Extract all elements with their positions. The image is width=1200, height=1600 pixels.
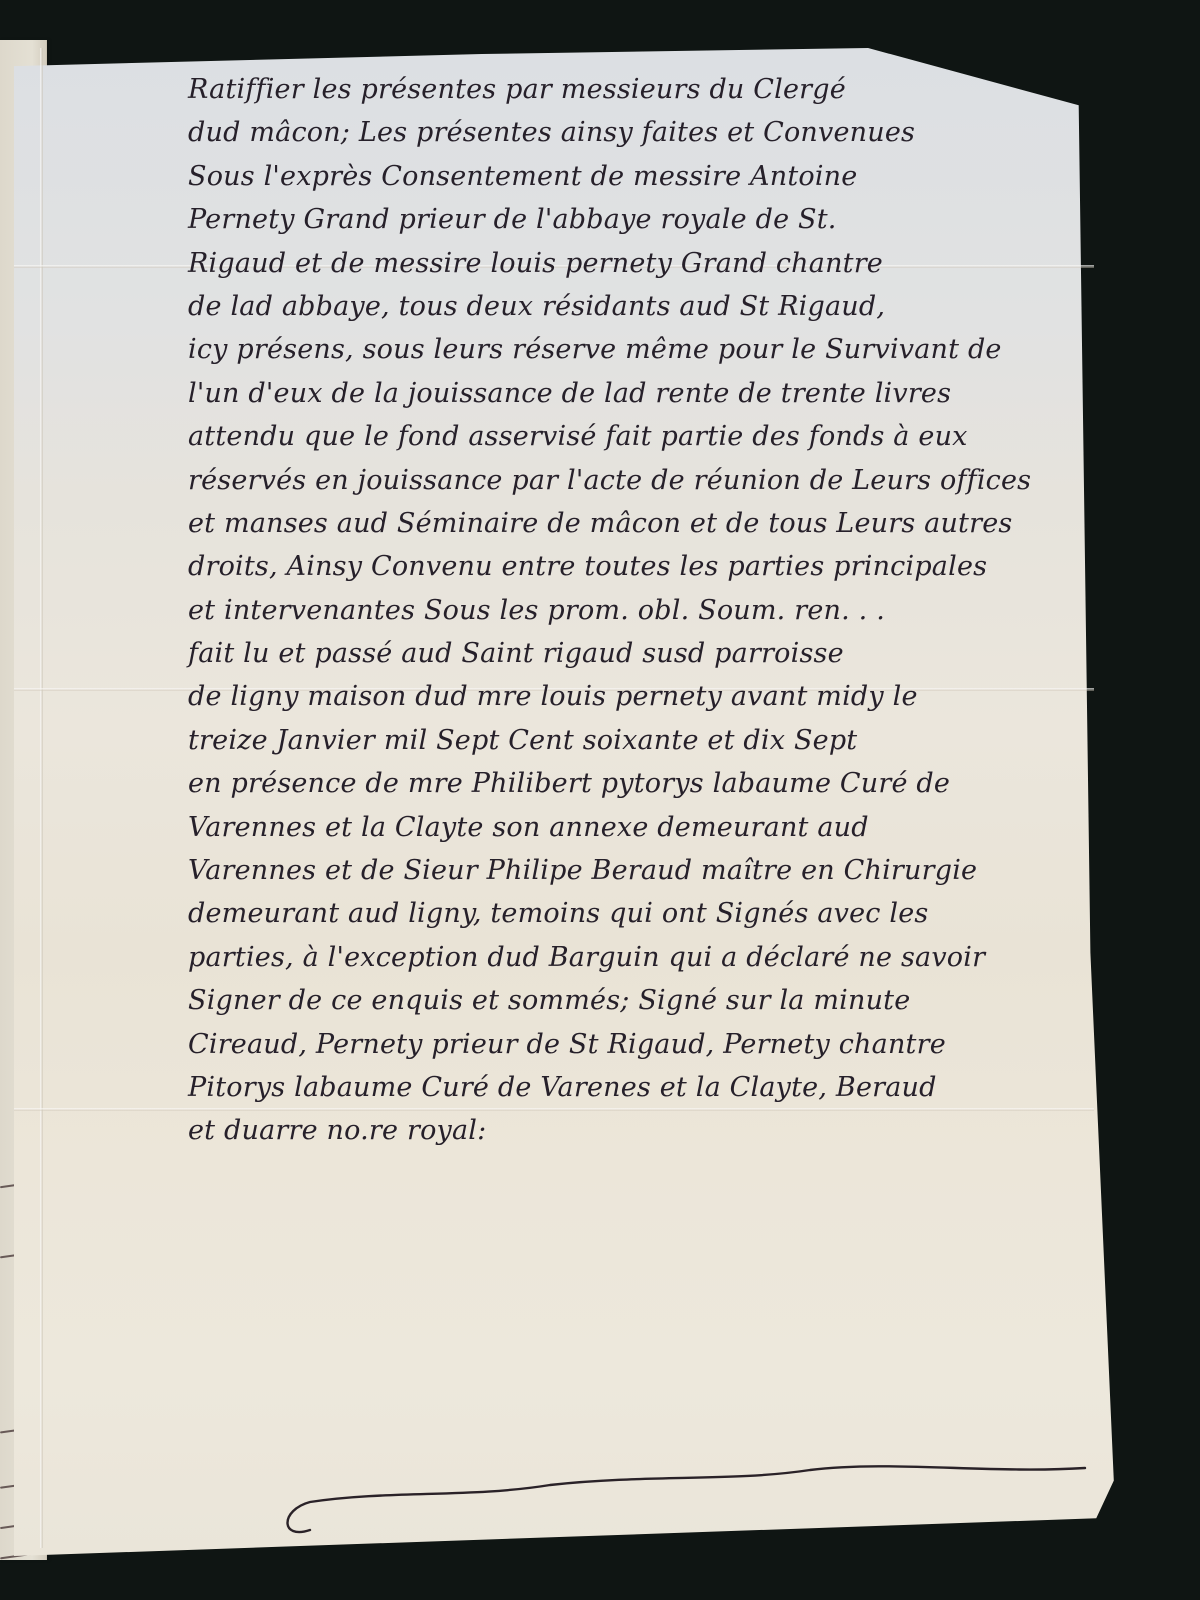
photo-stage: Ratiffier les présentes par messieurs du…: [0, 0, 1200, 1600]
manuscript-line: demeurant aud ligny, temoins qui ont Sig…: [188, 892, 1088, 935]
manuscript-line: de lad abbaye, tous deux résidants aud S…: [188, 285, 1088, 328]
manuscript-line: Ratiffier les présentes par messieurs du…: [188, 68, 1088, 111]
manuscript-line: et intervenantes Sous les prom. obl. Sou…: [188, 589, 1088, 632]
manuscript-line: en présence de mre Philibert pytorys lab…: [188, 762, 1088, 805]
manuscript-line: parties, à l'exception dud Barguin qui a…: [188, 936, 1088, 979]
manuscript-line: icy présens, sous leurs réserve même pou…: [188, 328, 1088, 371]
closing-flourish-icon: [270, 1440, 1090, 1540]
manuscript-line: de ligny maison dud mre louis pernety av…: [188, 675, 1088, 718]
manuscript-line: l'un d'eux de la jouissance de lad rente…: [188, 372, 1088, 415]
manuscript-line: et manses aud Séminaire de mâcon et de t…: [188, 502, 1088, 545]
manuscript-line: attendu que le fond asservisé fait parti…: [188, 415, 1088, 458]
manuscript-line: Cireaud, Pernety prieur de St Rigaud, Pe…: [188, 1023, 1088, 1066]
manuscript-line: Pernety Grand prieur de l'abbaye royale …: [188, 198, 1088, 241]
manuscript-line: et duarre no.re royal:: [188, 1109, 1088, 1152]
manuscript-line: Varennes et de Sieur Philipe Beraud maît…: [188, 849, 1088, 892]
manuscript-line: réservés en jouissance par l'acte de réu…: [188, 459, 1088, 502]
vertical-fold-crease: [40, 48, 43, 1548]
manuscript-line: fait lu et passé aud Saint rigaud susd p…: [188, 632, 1088, 675]
manuscript-line: Sous l'exprès Consentement de messire An…: [188, 155, 1088, 198]
manuscript-line: droits, Ainsy Convenu entre toutes les p…: [188, 545, 1088, 588]
manuscript-line: Signer de ce enquis et sommés; Signé sur…: [188, 979, 1088, 1022]
manuscript-line: Rigaud et de messire louis pernety Grand…: [188, 242, 1088, 285]
manuscript-line: dud mâcon; Les présentes ainsy faites et…: [188, 111, 1088, 154]
handwritten-text: Ratiffier les présentes par messieurs du…: [188, 68, 1088, 1153]
manuscript-line: treize Janvier mil Sept Cent soixante et…: [188, 719, 1088, 762]
manuscript-line: Varennes et la Clayte son annexe demeura…: [188, 806, 1088, 849]
manuscript-line: Pitorys labaume Curé de Varenes et la Cl…: [188, 1066, 1088, 1109]
